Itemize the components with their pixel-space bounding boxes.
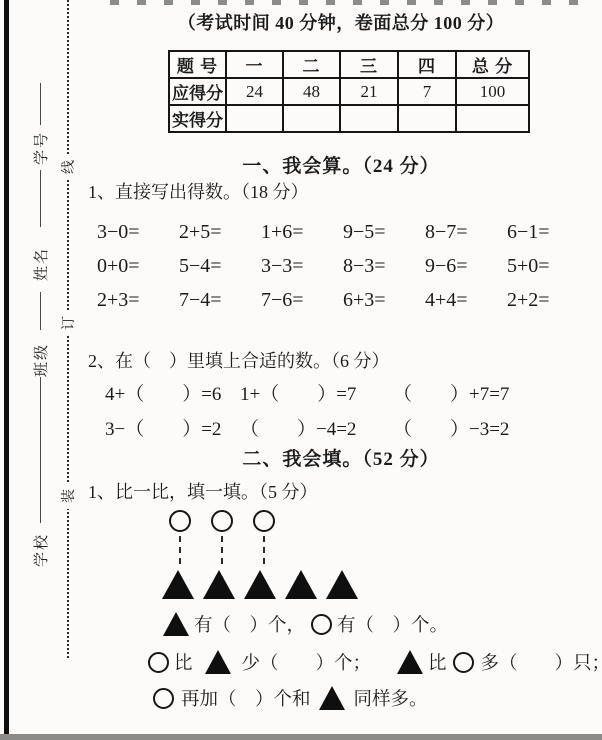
question-text: 比 bbox=[428, 649, 447, 675]
question-text: 再加（ ）个和 bbox=[181, 685, 311, 711]
figure-circle bbox=[253, 510, 275, 532]
calc-problem: 8−7= bbox=[425, 221, 507, 244]
fill-blank-expression: （ ）−4=2 bbox=[240, 414, 356, 441]
section1-q2-title: 2、在（ ）里填上合适的数。（6 分） bbox=[88, 347, 390, 373]
seam-char: 线 bbox=[55, 154, 81, 180]
table-header-cell: 二 bbox=[283, 51, 340, 78]
exam-paper-page: （考试时间 40 分钟，卷面总分 100 分） 题 号一二三四总 分应得分244… bbox=[0, 0, 602, 740]
fill-blank-expression: 1+（ ）=7 bbox=[240, 379, 356, 406]
calc-problem: 4+4= bbox=[425, 289, 507, 312]
calc-problem: 8−3= bbox=[343, 255, 425, 278]
triangle-icon bbox=[397, 650, 423, 674]
cutoff-title-fragment bbox=[110, 0, 588, 5]
section1-title: 一、我会算。（24 分） bbox=[80, 151, 602, 178]
compare-question-line: 有（ ）个，有（ ）个。 bbox=[160, 608, 450, 640]
figure-triangle bbox=[162, 570, 194, 599]
section2-q1-title: 1、比一比，填一填。（5 分） bbox=[88, 478, 318, 504]
table-row: 应得分2448217100 bbox=[169, 78, 529, 105]
table-row: 实得分 bbox=[169, 105, 529, 132]
section2-title: 二、我会填。（52 分） bbox=[80, 444, 602, 471]
calc-row: 3−0=2+5=1+6=9−5=8−7=6−1= bbox=[97, 221, 589, 244]
circle-icon bbox=[311, 614, 332, 635]
table-row-label: 实得分 bbox=[169, 105, 226, 132]
compare-question-line: 比少（ ）个；比多（ ）只； bbox=[145, 646, 602, 678]
calc-problem: 6−1= bbox=[507, 221, 589, 244]
scan-edge-strip bbox=[0, 734, 602, 740]
table-cell: 24 bbox=[226, 78, 283, 105]
calc-problem: 3−0= bbox=[97, 221, 179, 244]
calc-problem: 3−3= bbox=[261, 255, 343, 278]
score-table: 题 号一二三四总 分应得分2448217100实得分 bbox=[168, 50, 530, 133]
binding-label: 姓名 bbox=[18, 242, 62, 286]
calc-problem: 2+5= bbox=[179, 221, 261, 244]
calc-problem: 7−6= bbox=[261, 289, 343, 312]
question-text: 有（ ）个， bbox=[194, 611, 305, 637]
table-header-cell: 总 分 bbox=[456, 51, 529, 78]
figure-triangle bbox=[285, 570, 317, 599]
calc-problem: 0+0= bbox=[97, 255, 179, 278]
binding-label: 学校 bbox=[18, 528, 62, 572]
calc-problem: 2+2= bbox=[507, 289, 589, 312]
table-cell bbox=[398, 105, 456, 132]
calc-problem: 5+0= bbox=[507, 255, 589, 278]
figure-triangle bbox=[203, 570, 235, 599]
binding-blank-line bbox=[40, 377, 41, 523]
figure-circle bbox=[211, 510, 233, 532]
table-cell bbox=[456, 105, 529, 132]
table-cell: 21 bbox=[340, 78, 398, 105]
fill-blank-expression: （ ）+7=7 bbox=[393, 379, 509, 406]
binding-label: 班级 bbox=[18, 338, 62, 382]
question-text: 比 bbox=[174, 649, 193, 675]
calc-problem: 9−5= bbox=[343, 221, 425, 244]
table-cell: 48 bbox=[283, 78, 340, 105]
seam-char: 装 bbox=[55, 483, 81, 509]
table-cell: 100 bbox=[456, 78, 529, 105]
table-cell bbox=[226, 105, 283, 132]
calc-problem: 9−6= bbox=[425, 255, 507, 278]
page-edge-bar bbox=[4, 0, 9, 740]
circle-icon bbox=[153, 688, 174, 709]
dashed-connector bbox=[221, 536, 223, 564]
calc-problem: 6+3= bbox=[343, 289, 425, 312]
compare-question-line: 再加（ ）个和同样多。 bbox=[150, 682, 430, 714]
circle-icon bbox=[453, 652, 474, 673]
binding-blank-line bbox=[40, 83, 41, 125]
section1-q1-title: 1、直接写出得数。（18 分） bbox=[88, 178, 309, 204]
calc-problem: 7−4= bbox=[179, 289, 261, 312]
fill-blank-expression: 4+（ ）=6 bbox=[105, 379, 221, 406]
calc-row: 0+0=5−4=3−3=8−3=9−6=5+0= bbox=[97, 255, 589, 278]
fill-blank-expression: 3−（ ）=2 bbox=[105, 414, 221, 441]
binding-blank-line bbox=[40, 292, 41, 330]
table-header-cell: 三 bbox=[340, 51, 398, 78]
circle-icon bbox=[148, 652, 169, 673]
table-cell: 7 bbox=[398, 78, 456, 105]
calc-problem: 2+3= bbox=[97, 289, 179, 312]
question-text: 多（ ）只； bbox=[481, 649, 602, 675]
table-header-cell: 四 bbox=[398, 51, 456, 78]
triangle-icon bbox=[319, 686, 345, 710]
question-text: 少（ ）个； bbox=[242, 649, 372, 675]
triangle-icon bbox=[205, 650, 231, 674]
figure-triangle bbox=[326, 570, 358, 599]
table-header-cell: 题 号 bbox=[169, 51, 226, 78]
table-row-label: 应得分 bbox=[169, 78, 226, 105]
table-cell bbox=[283, 105, 340, 132]
table-header-row: 题 号一二三四总 分 bbox=[169, 51, 529, 78]
seam-char: 订 bbox=[55, 310, 81, 336]
calc-problem: 5−4= bbox=[179, 255, 261, 278]
fill-blank-expression: （ ）−3=2 bbox=[393, 414, 509, 441]
triangle-icon bbox=[163, 612, 189, 636]
question-text: 有（ ）个。 bbox=[337, 611, 448, 637]
table-header-cell: 一 bbox=[226, 51, 283, 78]
exam-info-line: （考试时间 40 分钟，卷面总分 100 分） bbox=[80, 9, 602, 35]
figure-circle bbox=[169, 510, 191, 532]
binding-blank-line bbox=[40, 170, 41, 227]
question-text: 同样多。 bbox=[354, 685, 428, 711]
dashed-connector bbox=[263, 536, 265, 564]
calc-row: 2+3=7−4=7−6=6+3=4+4=2+2= bbox=[97, 289, 589, 312]
figure-triangle bbox=[244, 570, 276, 599]
calc-problem: 1+6= bbox=[261, 221, 343, 244]
table-cell bbox=[340, 105, 398, 132]
dashed-connector bbox=[179, 536, 181, 564]
